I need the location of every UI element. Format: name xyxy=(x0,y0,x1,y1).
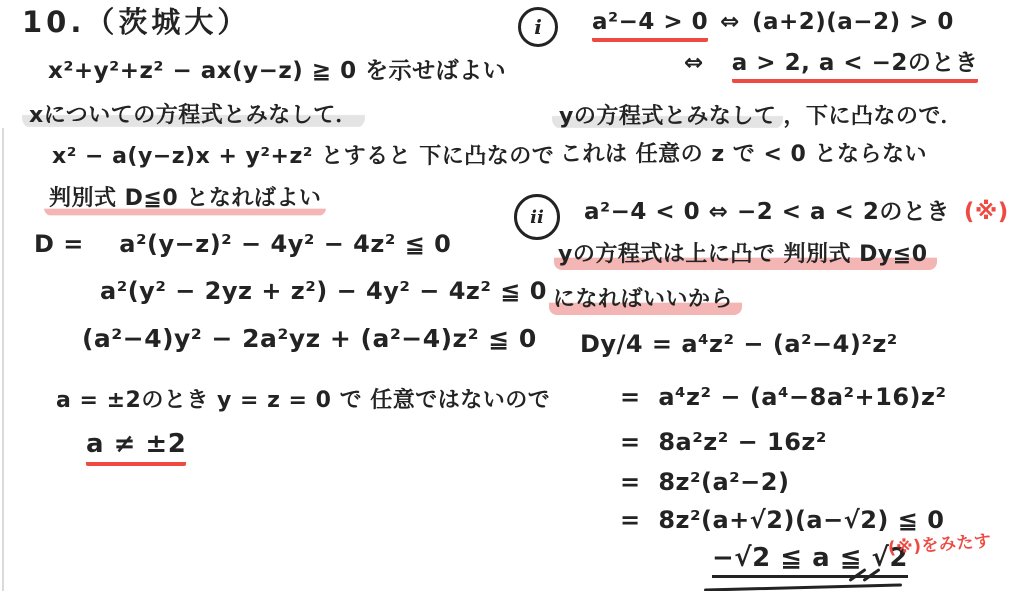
star-reference-mark: (※) xyxy=(964,199,1009,225)
problem-number-title: 10.（茨城大） xyxy=(22,6,250,39)
viewpoint-note: xについての方程式とみなして． xyxy=(22,103,365,128)
answer-satisfies-star-note: (※)をみたす xyxy=(887,532,992,559)
discriminant-expansion-3: (a²−4)y² − 2a²yz + (a²−4)z² ≦ 0 xyxy=(82,325,537,354)
viewpoint-note-highlight: xについての方程式とみなして． xyxy=(22,103,365,128)
case-i-condition: a²−4 > 0 xyxy=(592,9,708,42)
case-ii-note-line-2: になればいいから xyxy=(549,287,742,312)
page-edge-line xyxy=(2,128,4,591)
case-ii-note-2-highlight: になればいいから xyxy=(549,287,742,315)
case-i-result-line: ⇔a > 2, a < −2のとき xyxy=(684,50,978,76)
case-i-note-line: これは 任意の z で < 0 とならない xyxy=(560,142,927,167)
case-ii-condition: a²−4 < 0 ⇔ −2 < a < 2のとき xyxy=(584,199,950,225)
discriminant-expansion-1: D = a²(y−z)² − 4y² − 4z² ≦ 0 xyxy=(34,231,451,259)
final-answer: −√2 ≦ a ≦ √2 xyxy=(712,543,908,578)
discriminant-y-calc-2: = a⁴z² − (a⁴−8a²+16)z² xyxy=(620,384,946,412)
case-ii-marker: ii xyxy=(514,194,560,240)
case-i-result: a > 2, a < −2のとき xyxy=(732,50,979,83)
equivalence-arrow-icon: ⇔ xyxy=(684,50,704,76)
discriminant-condition-line: 判別式 D≦0 となればよい xyxy=(44,186,326,211)
case-ii-note-line-1: yの方程式は上に凸で 判別式 Dy≦0 xyxy=(554,242,937,267)
handwritten-note-page: 10.（茨城大） x²+y²+z² − ax(y−z) ≧ 0 を示せばよい x… xyxy=(0,0,1024,591)
conclusion-a-not-pm2: a ≠ ±2 xyxy=(86,430,186,460)
case-i-viewpoint-highlight: yの方程式とみなして xyxy=(552,104,783,129)
case-i-marker: i xyxy=(518,7,558,47)
discriminant-y-calc-5: = 8z²(a+√2)(a−√2) ≦ 0 xyxy=(620,507,944,535)
discriminant-y-calc-1: Dy/4 = a⁴z² − (a²−4)²z² xyxy=(580,331,898,359)
quadratic-form-line: x² − a(y−z)x + y²+z² とすると 下に凸なので xyxy=(52,144,554,169)
case-ii-condition-line: a²−4 < 0 ⇔ −2 < a < 2のとき(※) xyxy=(584,199,1009,225)
equivalence-arrow-icon: ⇔ xyxy=(720,9,740,35)
case-i-viewpoint-line: yの方程式とみなして，下に凸なので． xyxy=(552,104,963,129)
case-i-condition-line: a²−4 > 0⇔(a+2)(a−2) > 0 xyxy=(592,9,954,35)
discriminant-condition-highlight: 判別式 D≦0 となればよい xyxy=(44,186,326,216)
answer-underline-second xyxy=(704,583,902,591)
goal-inequality-line: x²+y²+z² − ax(y−z) ≧ 0 を示せばよい xyxy=(48,58,506,84)
discriminant-y-calc-4: = 8z²(a²−2) xyxy=(620,469,789,497)
case-i-viewpoint-rest: ，下に凸なので． xyxy=(783,104,963,129)
discriminant-y-calc-3: = 8a²z² − 16z² xyxy=(620,429,827,457)
case-ii-note-1-highlight: yの方程式は上に凸で 判別式 Dy≦0 xyxy=(554,242,937,270)
discriminant-expansion-2: a²(y² − 2yz + z²) − 4y² − 4z² ≦ 0 xyxy=(100,278,547,306)
case-i-factored: (a+2)(a−2) > 0 xyxy=(752,9,954,35)
case-a-equals-pm2-note: a = ±2のとき y = z = 0 で 任意ではないので xyxy=(56,388,550,413)
conclusion-underline: a ≠ ±2 xyxy=(86,429,186,466)
